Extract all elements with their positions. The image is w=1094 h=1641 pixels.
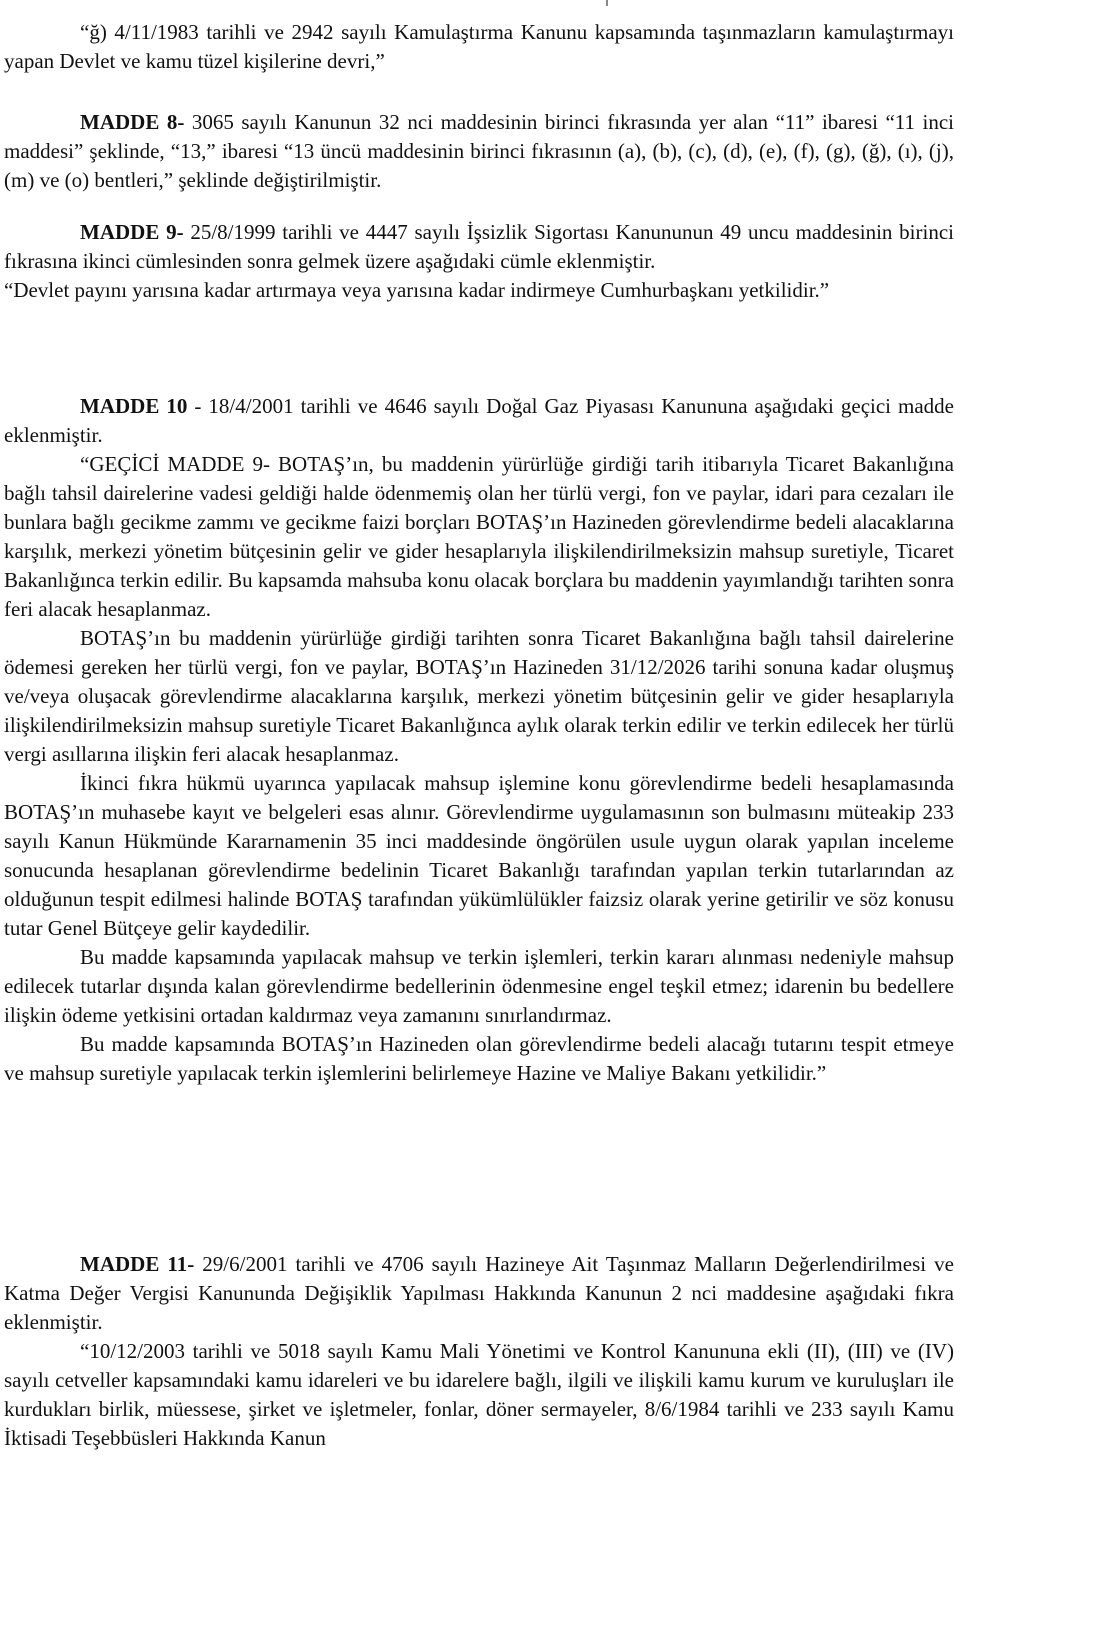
document-page: “ğ) 4/11/1983 tarihli ve 2942 sayılı Kam… bbox=[0, 0, 1094, 1641]
article-11: MADDE 11- 29/6/2001 tarihli ve 4706 sayı… bbox=[4, 1250, 954, 1453]
article-10-paragraph: Bu madde kapsamında BOTAŞ’ın Hazineden o… bbox=[4, 1030, 954, 1088]
scan-mark bbox=[606, 0, 608, 6]
article-11-quote: “10/12/2003 tarihli ve 5018 sayılı Kamu … bbox=[4, 1337, 954, 1453]
article-9-heading: MADDE 9- bbox=[80, 220, 184, 244]
article-10: MADDE 10 - 18/4/2001 tarihli ve 4646 say… bbox=[4, 392, 954, 1088]
article-9-quote: “Devlet payını yarısına kadar artırmaya … bbox=[4, 276, 954, 305]
article-8: MADDE 8- 3065 sayılı Kanunun 32 nci madd… bbox=[4, 108, 954, 195]
article-10-heading: MADDE 10 bbox=[80, 394, 187, 418]
article-10-paragraph: BOTAŞ’ın bu maddenin yürürlüğe girdiği t… bbox=[4, 624, 954, 769]
article-9: MADDE 9- 25/8/1999 tarihli ve 4447 sayıl… bbox=[4, 218, 954, 305]
article-8-heading: MADDE 8- bbox=[80, 110, 184, 134]
article-11-heading: MADDE 11- bbox=[80, 1252, 194, 1276]
article-10-paragraph: “GEÇİCİ MADDE 9- BOTAŞ’ın, bu maddenin y… bbox=[4, 450, 954, 624]
clause-g-text: “ğ) 4/11/1983 tarihli ve 2942 sayılı Kam… bbox=[4, 18, 954, 76]
clause-g: “ğ) 4/11/1983 tarihli ve 2942 sayılı Kam… bbox=[4, 18, 954, 76]
article-10-paragraph: İkinci fıkra hükmü uyarınca yapılacak ma… bbox=[4, 769, 954, 943]
article-10-paragraph: Bu madde kapsamında yapılacak mahsup ve … bbox=[4, 943, 954, 1030]
